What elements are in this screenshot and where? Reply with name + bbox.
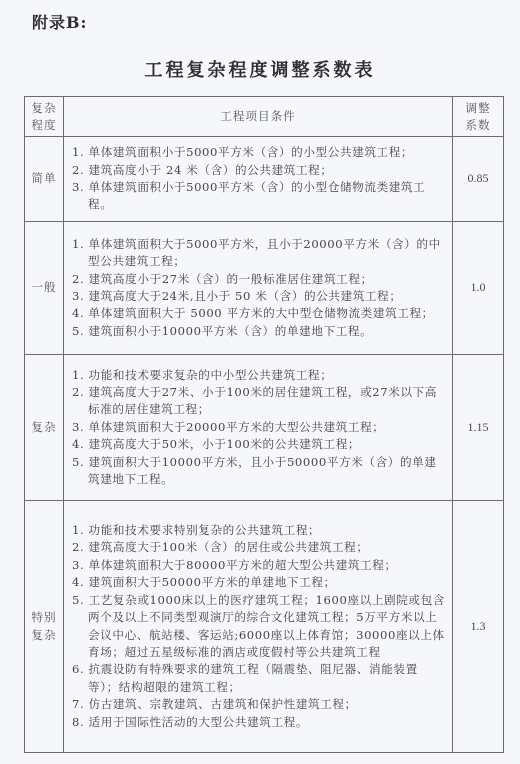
condition-item: 3. 建筑高度大于24米,且小于 50 米（含）的公共建筑工程； [72, 288, 446, 305]
conditions-cell: 1. 功能和技术要求复杂的中小型公共建筑工程； 2. 建筑高度大于27米、小于1… [64, 355, 453, 501]
condition-item: 1. 单体建筑面积小于5000平方米（含）的小型公共建筑工程； [72, 144, 446, 161]
condition-item: 4. 建筑高度大于50米，小于100米的公共建筑工程； [72, 436, 446, 453]
condition-item: 1. 功能和技术要求特别复杂的公共建筑工程； [72, 522, 446, 539]
condition-item: 5. 建筑面积大于10000平方米，且小于50000平方米（含）的单建筑建地下工… [72, 454, 446, 489]
level-cell: 简单 [25, 137, 64, 222]
conditions-cell: 1. 单体建筑面积大于5000平方米，且小于20000平方米（含）的中型公共建筑… [64, 222, 453, 355]
condition-item: 1. 单体建筑面积大于5000平方米，且小于20000平方米（含）的中型公共建筑… [72, 236, 446, 271]
condition-item: 5. 建筑面积小于10000平方米（含）的单建地下工程。 [72, 323, 446, 340]
header-factor: 调整系数 [453, 97, 504, 137]
condition-item: 1. 功能和技术要求复杂的中小型公共建筑工程； [72, 367, 446, 384]
condition-item: 3. 单体建筑面积大于20000平方米的大型公共建筑工程； [72, 419, 446, 436]
factor-cell: 0.85 [453, 137, 504, 222]
condition-item: 8. 适用于国际性活动的大型公共建筑工程。 [72, 714, 446, 731]
condition-item: 6. 抗震设防有特殊要求的建筑工程（隔震垫、阻尼器、消能装置等）；结构超限的建筑… [72, 661, 446, 696]
condition-item: 3. 单体建筑面积大于80000平方米的超大型公共建筑工程； [72, 557, 446, 574]
level-cell: 一般 [25, 222, 64, 355]
header-conditions: 工程项目条件 [64, 97, 453, 137]
complexity-coefficient-table: 复杂程度 工程项目条件 调整系数 简单 1. 单体建筑面积小于5000平方米（含… [24, 96, 504, 753]
table-row: 简单 1. 单体建筑面积小于5000平方米（含）的小型公共建筑工程； 2. 建筑… [25, 137, 504, 222]
factor-cell: 1.3 [453, 501, 504, 753]
condition-item: 4. 建筑面积大于50000平方米的单建地下工程； [72, 574, 446, 591]
factor-cell: 1.15 [453, 355, 504, 501]
table-row: 复杂 1. 功能和技术要求复杂的中小型公共建筑工程； 2. 建筑高度大于27米、… [25, 355, 504, 501]
condition-item: 3. 单体建筑面积小于5000平方米（含）的小型仓储物流类建筑工程。 [72, 179, 446, 214]
level-cell: 特别复杂 [25, 501, 64, 753]
appendix-label: 附录B: [32, 10, 87, 33]
condition-item: 4. 单体建筑面积大于 5000 平方米的大中型仓储物流类建筑工程； [72, 305, 446, 322]
condition-item: 5. 工艺复杂或1000床以上的医疗建筑工程；1600座以上剧院或包含两个及以上… [72, 592, 446, 662]
condition-item: 2. 建筑高度小于 24 米（含）的公共建筑工程； [72, 162, 446, 179]
condition-item: 7. 仿古建筑、宗教建筑、古建筑和保护性建筑工程； [72, 696, 446, 713]
conditions-cell: 1. 单体建筑面积小于5000平方米（含）的小型公共建筑工程； 2. 建筑高度小… [64, 137, 453, 222]
factor-cell: 1.0 [453, 222, 504, 355]
header-complexity-level: 复杂程度 [25, 97, 64, 137]
level-cell: 复杂 [25, 355, 64, 501]
table-row: 特别复杂 1. 功能和技术要求特别复杂的公共建筑工程； 2. 建筑高度大于100… [25, 501, 504, 753]
condition-item: 2. 建筑高度大于27米、小于100米的居住建筑工程，或27米以下高标准的居住建… [72, 384, 446, 419]
condition-item: 2. 建筑高度小于27米（含）的一般标准居住建筑工程； [72, 271, 446, 288]
page-title: 工程复杂程度调整系数表 [0, 56, 520, 82]
condition-item: 2. 建筑高度大于100米（含）的居住或公共建筑工程； [72, 539, 446, 556]
conditions-cell: 1. 功能和技术要求特别复杂的公共建筑工程； 2. 建筑高度大于100米（含）的… [64, 501, 453, 753]
table-row: 一般 1. 单体建筑面积大于5000平方米，且小于20000平方米（含）的中型公… [25, 222, 504, 355]
table-header-row: 复杂程度 工程项目条件 调整系数 [25, 97, 504, 137]
